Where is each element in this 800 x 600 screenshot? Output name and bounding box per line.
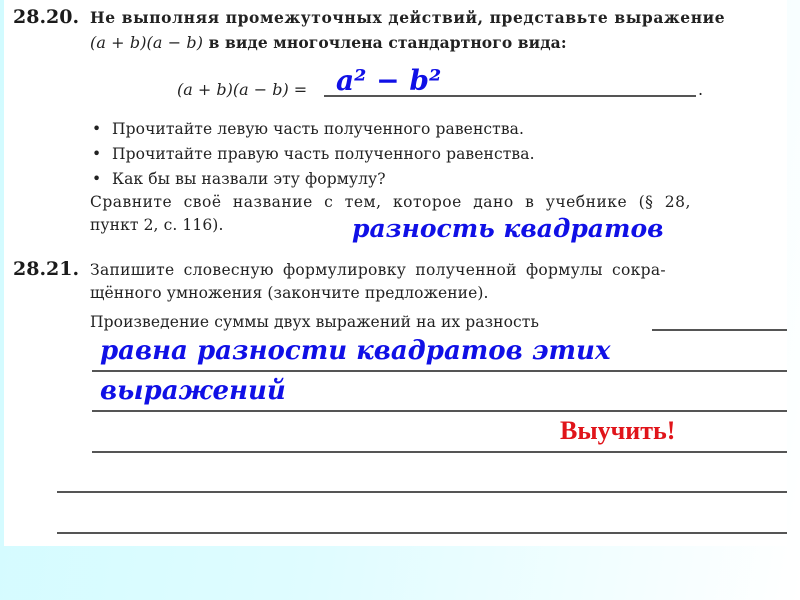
bullet-item: Как бы вы назвали эту формулу?	[92, 170, 386, 188]
answer-line	[92, 410, 787, 412]
exercise-2820-line2-text: в виде многочлена стандартного вида:	[203, 33, 567, 52]
exercise-2820-line2: (a + b)(a − b) в виде многочлена стандар…	[90, 33, 567, 52]
compare-line-1: Сравните своё название с тем, которое да…	[90, 193, 691, 211]
answer-line	[57, 491, 787, 493]
expression: (a + b)(a − b)	[90, 33, 203, 52]
answer-line	[652, 329, 787, 331]
bullet-item: Прочитайте левую часть полученного равен…	[92, 120, 524, 138]
exercise-2820-line1: Не выполняя промежуточных действий, пред…	[90, 8, 725, 27]
answer-line	[92, 451, 787, 453]
exercise-2821-line2: щённого умножения (закончите предложение…	[90, 284, 489, 302]
handwritten-answer-line-2: выражений	[100, 376, 286, 406]
compare-line-2: пункт 2, с. 116).	[90, 216, 223, 234]
answer-line	[92, 370, 787, 372]
bullet-item: Прочитайте правую часть полученного раве…	[92, 145, 535, 163]
equation-end: .	[698, 80, 703, 99]
exercise-number-2820: 28.20.	[13, 6, 79, 28]
exercise-number-2821: 28.21.	[13, 258, 79, 280]
exercise-2821-prompt: Произведение суммы двух выражений на их …	[90, 313, 539, 331]
workbook-page: 28.20. Не выполняя промежуточных действи…	[4, 0, 787, 546]
handwritten-answer-a2-b2: a² − b²	[336, 64, 441, 97]
answer-line	[57, 532, 787, 534]
handwritten-answer-line-1: равна разности квадратов этих	[100, 336, 610, 366]
equation-lhs: (a + b)(a − b) =	[177, 80, 307, 99]
handwritten-answer-formula-name: разность квадратов	[352, 214, 664, 243]
memorize-note: Выучить!	[560, 416, 675, 446]
exercise-2821-line1: Запишите словесную формулировку полученн…	[90, 261, 666, 279]
